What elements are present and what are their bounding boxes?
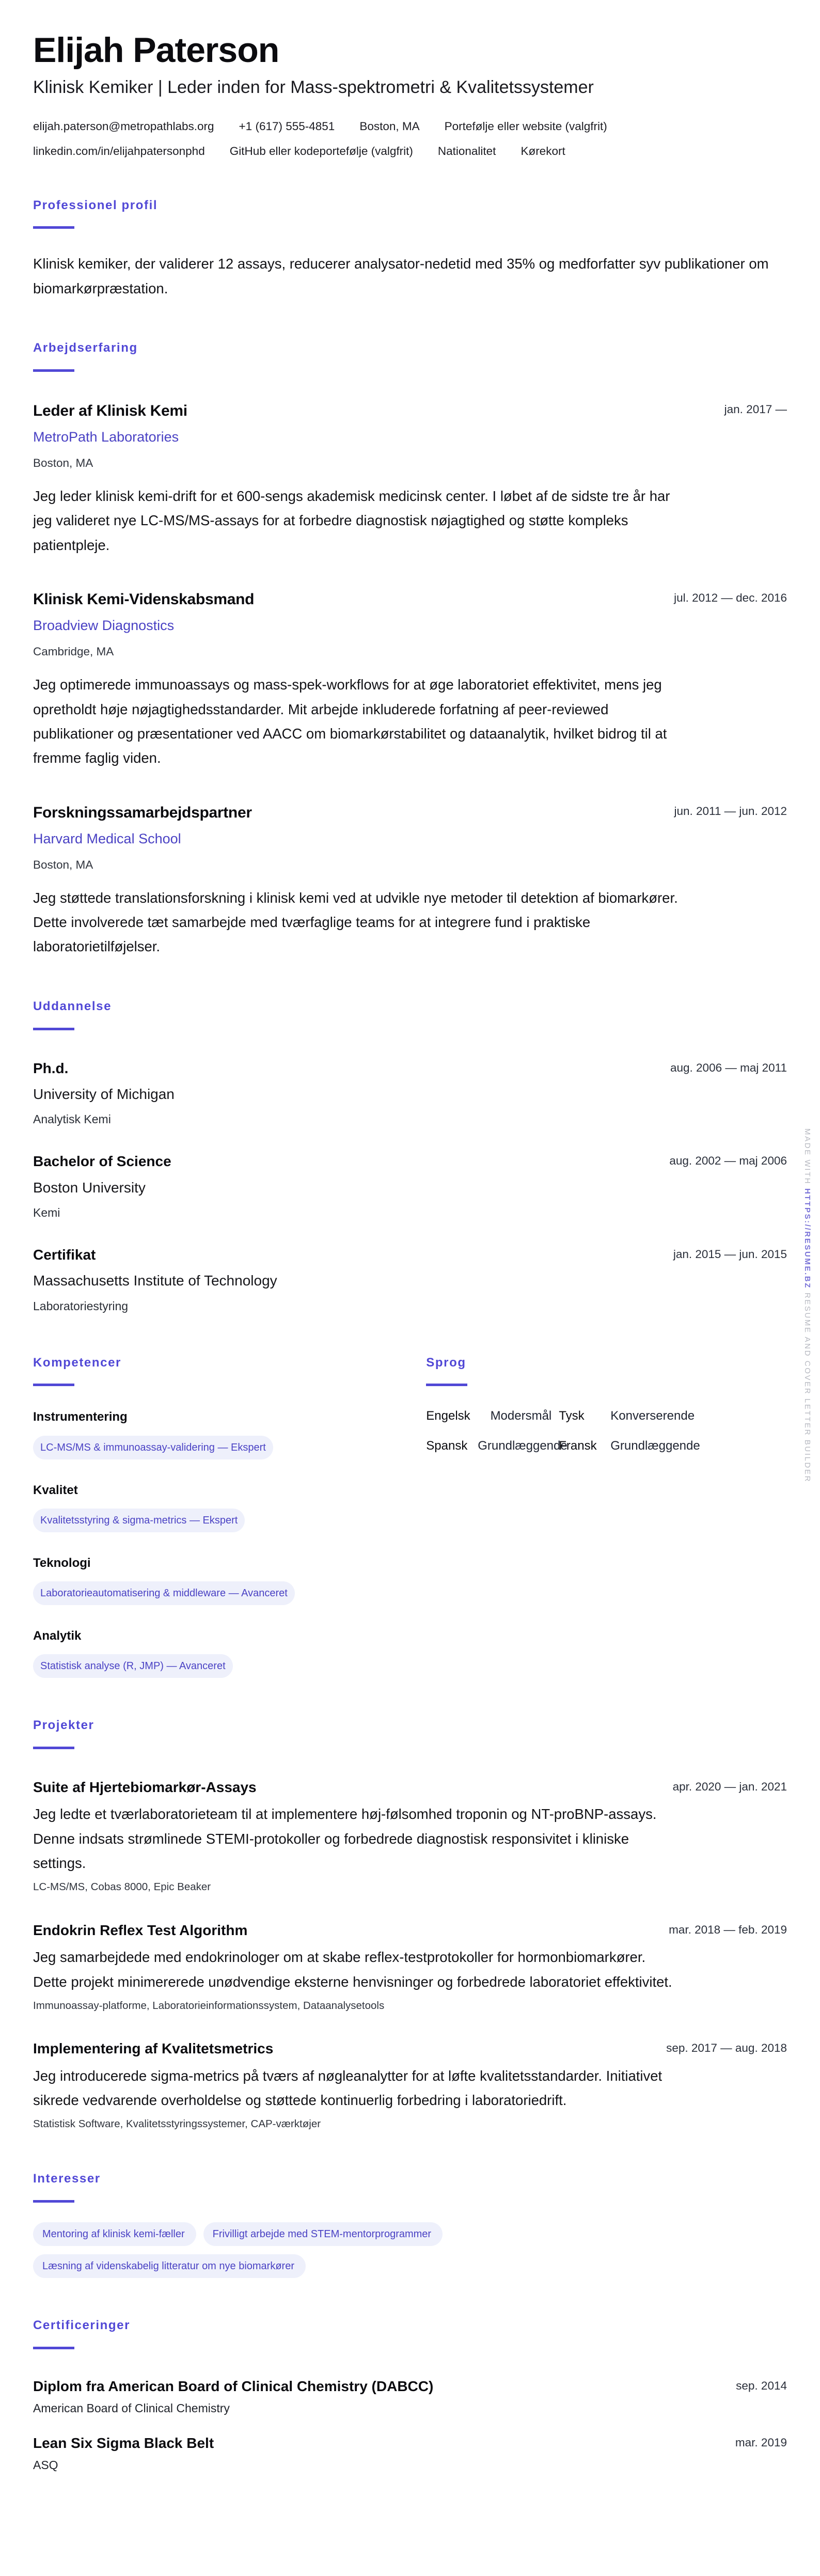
project-description: Jeg samarbejdede med endokrinologer om a… bbox=[33, 1945, 679, 1994]
section-divider bbox=[33, 2347, 74, 2349]
project-title: Suite af Hjertebiomarkør-Assays bbox=[33, 1778, 257, 1797]
job-location: Boston, MA bbox=[33, 857, 787, 872]
education-field: Analytisk Kemi bbox=[33, 1112, 787, 1127]
certification-date: mar. 2019 bbox=[735, 2434, 787, 2449]
section-title: Certificeringer bbox=[33, 2318, 787, 2333]
interest-chip: Mentoring af klinisk kemi-fæller bbox=[33, 2222, 196, 2246]
skill-chip: LC-MS/MS & immunoassay-validering — Eksp… bbox=[33, 1436, 273, 1459]
certification-issuer: American Board of Clinical Chemistry bbox=[33, 2401, 787, 2416]
section-interests: Interesser Mentoring af klinisk kemi-fæl… bbox=[33, 2172, 787, 2278]
skill-group: Kvalitet Kvalitetsstyring & sigma-metric… bbox=[33, 1482, 411, 1532]
job-company: Harvard Medical School bbox=[33, 830, 787, 848]
certification-title: Diplom fra American Board of Clinical Ch… bbox=[33, 2377, 433, 2396]
job-description: Jeg leder klinisk kemi-drift for et 600-… bbox=[33, 484, 679, 557]
education-field: Laboratoriestyring bbox=[33, 1299, 787, 1314]
contact-linkedin[interactable]: linkedin.com/in/elijahpatersonphd bbox=[33, 145, 205, 158]
watermark-suffix: Resume and cover letter builder bbox=[803, 1293, 812, 1483]
education-school: Massachusetts Institute of Technology bbox=[33, 1271, 787, 1290]
education-degree: Bachelor of Science bbox=[33, 1152, 171, 1171]
contact-portfolio[interactable]: Portefølje eller website (valgfrit) bbox=[445, 120, 607, 133]
language-level: Grundlæggende bbox=[478, 1439, 551, 1453]
watermark-link[interactable]: https://resume.bz bbox=[803, 1188, 812, 1289]
candidate-name: Elijah Paterson bbox=[33, 32, 787, 69]
section-divider bbox=[33, 1747, 74, 1749]
section-experience: Arbejdserfaring Leder af Klinisk Kemi ja… bbox=[33, 341, 787, 959]
language-name: Tysk bbox=[559, 1409, 603, 1423]
section-projects: Projekter Suite af Hjertebiomarkør-Assay… bbox=[33, 1718, 787, 2131]
contact-location: Boston, MA bbox=[359, 120, 419, 133]
project-entry: Implementering af Kvalitetsmetrics sep. … bbox=[33, 2039, 787, 2131]
skill-category: Kvalitet bbox=[33, 1482, 411, 1498]
section-title: Projekter bbox=[33, 1718, 787, 1733]
job-date: jul. 2012 — dec. 2016 bbox=[674, 589, 787, 605]
section-divider bbox=[426, 1384, 467, 1386]
education-degree: Ph.d. bbox=[33, 1059, 68, 1078]
job-title: Leder af Klinisk Kemi bbox=[33, 401, 187, 421]
job-company: MetroPath Laboratories bbox=[33, 428, 787, 446]
section-title: Arbejdserfaring bbox=[33, 341, 787, 356]
job-title: Klinisk Kemi-Videnskabsmand bbox=[33, 589, 254, 609]
experience-entry: Forskningssamarbejdspartner jun. 2011 — … bbox=[33, 803, 787, 959]
experience-entry: Klinisk Kemi-Videnskabsmand jul. 2012 — … bbox=[33, 589, 787, 771]
watermark-prefix: Made with bbox=[803, 1128, 812, 1185]
job-title: Forskningssamarbejdspartner bbox=[33, 803, 252, 823]
job-company: Broadview Diagnostics bbox=[33, 617, 787, 635]
education-entry: Bachelor of Science aug. 2002 — maj 2006… bbox=[33, 1152, 787, 1221]
section-languages: Sprog Engelsk Modersmål Tysk Konverseren… bbox=[426, 1356, 787, 1678]
project-tech: LC-MS/MS, Cobas 8000, Epic Beaker bbox=[33, 1880, 787, 1894]
skill-group: Analytik Statistisk analyse (R, JMP) — A… bbox=[33, 1628, 411, 1678]
skill-group: Teknologi Laboratorieautomatisering & mi… bbox=[33, 1555, 411, 1605]
language-name: Fransk bbox=[559, 1439, 603, 1453]
profile-summary: Klinisk kemiker, der validerer 12 assays… bbox=[33, 252, 787, 301]
certification-issuer: ASQ bbox=[33, 2458, 787, 2473]
contact-phone[interactable]: +1 (617) 555-4851 bbox=[239, 120, 335, 133]
project-title: Implementering af Kvalitetsmetrics bbox=[33, 2039, 273, 2058]
section-divider bbox=[33, 1028, 74, 1030]
contact-email[interactable]: elijah.paterson@metropathlabs.org bbox=[33, 120, 214, 133]
section-title: Kompetencer bbox=[33, 1356, 411, 1371]
section-skills: Kompetencer Instrumentering LC-MS/MS & i… bbox=[33, 1356, 426, 1678]
project-tech: Statistisk Software, Kvalitetsstyringssy… bbox=[33, 2117, 787, 2131]
skill-chip: Laboratorieautomatisering & middleware —… bbox=[33, 1581, 295, 1605]
language-level: Grundlæggende bbox=[610, 1439, 684, 1453]
education-date: jan. 2015 — jun. 2015 bbox=[673, 1246, 787, 1261]
skill-chip: Kvalitetsstyring & sigma-metrics — Ekspe… bbox=[33, 1509, 245, 1532]
section-education: Uddannelse Ph.d. aug. 2006 — maj 2011 Un… bbox=[33, 999, 787, 1314]
job-location: Cambridge, MA bbox=[33, 644, 787, 659]
project-date: sep. 2017 — aug. 2018 bbox=[666, 2039, 787, 2055]
language-level: Modersmål bbox=[478, 1409, 551, 1423]
project-description: Jeg introducerede sigma-metrics på tværs… bbox=[33, 2064, 679, 2113]
section-title: Professionel profil bbox=[33, 198, 787, 213]
skill-category: Instrumentering bbox=[33, 1409, 411, 1425]
education-degree: Certifikat bbox=[33, 1246, 96, 1264]
section-divider bbox=[33, 2200, 74, 2203]
contact-github[interactable]: GitHub eller kodeportefølje (valgfrit) bbox=[230, 145, 413, 158]
interest-chip: Læsning af videnskabelig litteratur om n… bbox=[33, 2254, 306, 2278]
candidate-headline: Klinisk Kemiker | Leder inden for Mass-s… bbox=[33, 76, 787, 99]
section-divider bbox=[33, 226, 74, 229]
project-date: mar. 2018 — feb. 2019 bbox=[669, 1921, 787, 1937]
education-school: Boston University bbox=[33, 1179, 787, 1197]
education-entry: Certifikat jan. 2015 — jun. 2015 Massach… bbox=[33, 1246, 787, 1314]
language-name: Engelsk bbox=[426, 1409, 470, 1423]
certification-entry: Lean Six Sigma Black Belt mar. 2019 ASQ bbox=[33, 2434, 787, 2473]
interest-chip: Frivilligt arbejde med STEM-mentorprogra… bbox=[203, 2222, 443, 2246]
certification-entry: Diplom fra American Board of Clinical Ch… bbox=[33, 2377, 787, 2416]
education-date: aug. 2002 — maj 2006 bbox=[669, 1152, 787, 1168]
contact-nationality: Nationalitet bbox=[438, 145, 496, 158]
skills-languages-row: Kompetencer Instrumentering LC-MS/MS & i… bbox=[33, 1356, 787, 1678]
project-entry: Endokrin Reflex Test Algorithm mar. 2018… bbox=[33, 1921, 787, 2013]
language-list: Engelsk Modersmål Tysk Konverserende Spa… bbox=[426, 1409, 787, 1453]
interest-list: Mentoring af klinisk kemi-fæller Frivill… bbox=[33, 2222, 653, 2278]
section-title: Uddannelse bbox=[33, 999, 787, 1014]
resume-header: Elijah Paterson Klinisk Kemiker | Leder … bbox=[33, 32, 787, 158]
resume-page: Elijah Paterson Klinisk Kemiker | Leder … bbox=[0, 0, 820, 2511]
section-title: Sprog bbox=[426, 1356, 787, 1371]
skill-chip: Statistisk analyse (R, JMP) — Avanceret bbox=[33, 1654, 233, 1678]
builder-watermark: Made with https://resume.bz Resume and c… bbox=[803, 1128, 812, 1483]
project-date: apr. 2020 — jan. 2021 bbox=[673, 1778, 787, 1794]
project-title: Endokrin Reflex Test Algorithm bbox=[33, 1921, 247, 1940]
certification-title: Lean Six Sigma Black Belt bbox=[33, 2434, 214, 2453]
education-date: aug. 2006 — maj 2011 bbox=[670, 1059, 787, 1075]
contact-list: elijah.paterson@metropathlabs.org +1 (61… bbox=[33, 120, 787, 158]
skill-category: Teknologi bbox=[33, 1555, 411, 1571]
education-field: Kemi bbox=[33, 1205, 787, 1221]
education-entry: Ph.d. aug. 2006 — maj 2011 University of… bbox=[33, 1059, 787, 1128]
section-certifications: Certificeringer Diplom fra American Boar… bbox=[33, 2318, 787, 2473]
language-name: Spansk bbox=[426, 1439, 470, 1453]
job-date: jun. 2011 — jun. 2012 bbox=[674, 803, 787, 818]
project-description: Jeg ledte et tværlaboratorieteam til at … bbox=[33, 1802, 679, 1875]
contact-drivers-license: Kørekort bbox=[521, 145, 565, 158]
section-divider bbox=[33, 369, 74, 372]
skill-group: Instrumentering LC-MS/MS & immunoassay-v… bbox=[33, 1409, 411, 1459]
education-school: University of Michigan bbox=[33, 1085, 787, 1104]
certification-date: sep. 2014 bbox=[736, 2377, 787, 2393]
job-date: jan. 2017 — bbox=[724, 401, 787, 416]
section-divider bbox=[33, 1384, 74, 1386]
project-entry: Suite af Hjertebiomarkør-Assays apr. 202… bbox=[33, 1778, 787, 1894]
experience-entry: Leder af Klinisk Kemi jan. 2017 — MetroP… bbox=[33, 401, 787, 557]
job-location: Boston, MA bbox=[33, 455, 787, 470]
project-tech: Immunoassay-platforme, Laboratorieinform… bbox=[33, 1999, 787, 2013]
section-title: Interesser bbox=[33, 2172, 787, 2187]
job-description: Jeg støttede translationsforskning i kli… bbox=[33, 886, 679, 959]
job-description: Jeg optimerede immunoassays og mass-spek… bbox=[33, 672, 679, 770]
skill-category: Analytik bbox=[33, 1628, 411, 1644]
section-profile: Professionel profil Klinisk kemiker, der… bbox=[33, 198, 787, 301]
language-level: Konverserende bbox=[610, 1409, 684, 1423]
